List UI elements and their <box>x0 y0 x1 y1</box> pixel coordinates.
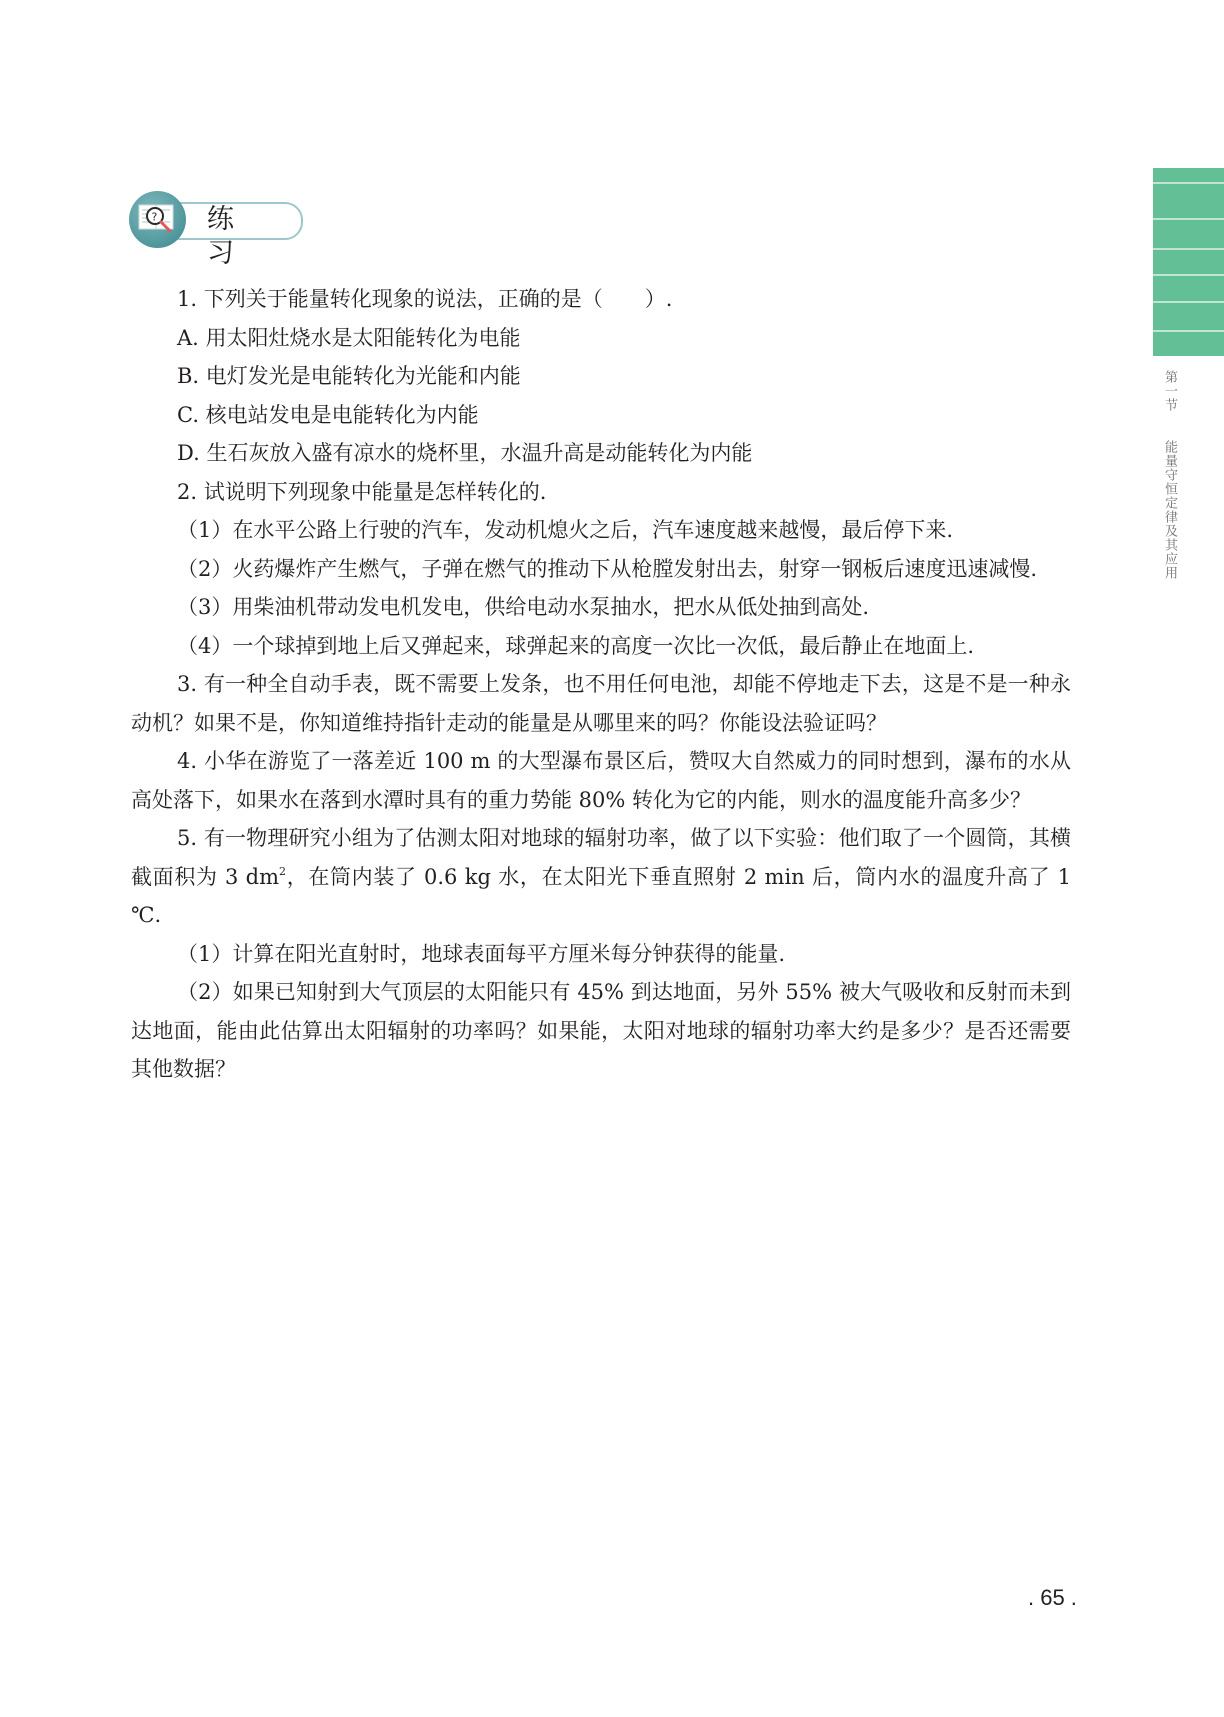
question-1-stem: 1. 下列关于能量转化现象的说法，正确的是（ ）. <box>131 280 1071 319</box>
page-number: . 65 . <box>1028 1585 1077 1611</box>
exercise-title: 练 习 <box>207 203 304 271</box>
question-5-stem: 5. 有一物理研究小组为了估测太阳对地球的辐射功率，做了以下实验：他们取了一个圆… <box>131 819 1071 935</box>
svg-text:?: ? <box>152 211 158 224</box>
question-2-part-4: （4）一个球掉到地上后又弹起来，球弹起来的高度一次比一次低，最后静止在地面上. <box>131 627 1071 666</box>
tab-divider <box>1153 274 1224 276</box>
question-1-option-c: C. 核电站发电是电能转化为内能 <box>131 396 1071 435</box>
superscript-2: 2 <box>279 865 286 878</box>
question-2-part-1: （1）在水平公路上行驶的汽车，发动机熄火之后，汽车速度越来越慢，最后停下来. <box>131 511 1071 550</box>
question-1-option-d: D. 生石灰放入盛有凉水的烧杯里，水温升高是动能转化为内能 <box>131 434 1071 473</box>
question-5-part-1: （1）计算在阳光直射时，地球表面每平方厘米每分钟获得的能量. <box>131 935 1071 974</box>
tab-divider <box>1153 301 1224 303</box>
question-1-option-b: B. 电灯发光是电能转化为光能和内能 <box>131 357 1071 396</box>
tab-divider <box>1153 330 1224 332</box>
exercise-content: 1. 下列关于能量转化现象的说法，正确的是（ ）. A. 用太阳灶烧水是太阳能转… <box>131 280 1071 1089</box>
chapter-side-tab <box>1153 168 1224 356</box>
question-2-stem: 2. 试说明下列现象中能量是怎样转化的. <box>131 473 1071 512</box>
question-2-part-2: （2）火药爆炸产生燃气，子弹在燃气的推动下从枪膛发射出去，射穿一钢板后速度迅速减… <box>131 550 1071 589</box>
section-label: 第一节 <box>1155 370 1177 412</box>
tab-divider <box>1153 182 1224 184</box>
exercise-header: ? 练 习 <box>129 191 304 248</box>
question-5-part-2: （2）如果已知射到大气顶层的太阳能只有 45% 到达地面，另外 55% 被大气吸… <box>131 973 1071 1089</box>
tab-divider <box>1153 248 1224 250</box>
question-1-option-a: A. 用太阳灶烧水是太阳能转化为电能 <box>131 319 1071 358</box>
chapter-topic-label: 能量守恒定律及其应用 <box>1155 440 1177 580</box>
tab-divider <box>1153 218 1224 220</box>
magnifier-book-icon: ? <box>129 191 186 248</box>
question-2-part-3: （3）用柴油机带动发电机发电，供给电动水泵抽水，把水从低处抽到高处. <box>131 588 1071 627</box>
question-3-stem: 3. 有一种全自动手表，既不需要上发条，也不用任何电池，却能不停地走下去，这是不… <box>131 665 1071 742</box>
question-4-stem: 4. 小华在游览了一落差近 100 m 的大型瀑布景区后，赞叹大自然威力的同时想… <box>131 742 1071 819</box>
